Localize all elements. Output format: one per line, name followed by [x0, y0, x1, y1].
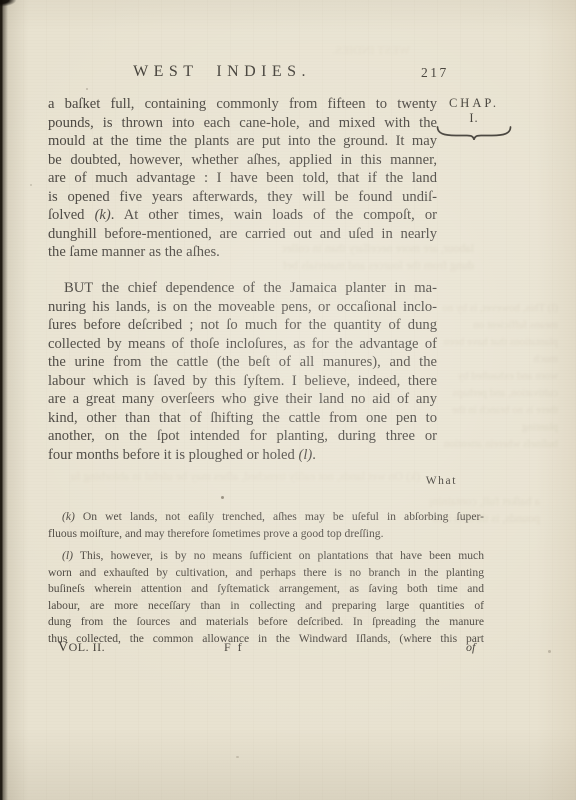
bleedthrough-ghost: WEST INDIES. [250, 42, 410, 58]
page-catchword: What [426, 475, 457, 487]
text-line: fluous moiſture, and may therefore ſomet… [48, 526, 484, 543]
text-line: ſolved (k). At other times, wain loads o… [48, 206, 437, 225]
text-line: ſures before deſcribed ; not ſo much for… [48, 316, 437, 335]
text-line: dunghill before-mentioned, are carried o… [48, 225, 437, 244]
paragraph: a baſket full, containing commonly from … [48, 95, 437, 262]
text-line: labour, are more neceſſary than in colle… [48, 598, 484, 615]
catchword-row: What [48, 471, 457, 489]
chapter-label: CHAP. [434, 96, 514, 111]
volume-label: VOL. II. [58, 640, 105, 656]
paragraph: BUT the chief dependence of the Jamaica … [48, 279, 437, 464]
text-line: (k) On wet lands, not eaſily trenched, a… [48, 509, 484, 526]
text-line: BUT the chief dependence of the Jamaica … [48, 279, 437, 298]
text-line: mould at the time the plants are put int… [48, 132, 437, 151]
footnote-l: (l) This, however, is by no means ſuffic… [48, 548, 484, 647]
text-line: worn and exhauſted by cultivation, and p… [48, 565, 484, 582]
text-line: another, on the ſpot intended for planti… [48, 427, 437, 446]
paper-speck [548, 650, 551, 653]
paper-speck [236, 756, 239, 758]
footer-catchword: of [466, 640, 475, 655]
book-page-scan: labour, are more neceſſary than in colle… [0, 0, 576, 800]
text-line: thus collected, the common allowance in … [48, 631, 484, 648]
text-line: dung from the ſources and materials befo… [48, 614, 484, 631]
running-title: WEST INDIES. [30, 63, 414, 81]
text-line: buſineſs wherein attention and ſyſtemati… [48, 581, 484, 598]
text-line: are a great many overſeers who give thei… [48, 390, 437, 409]
paper-speck [221, 496, 224, 499]
text-line: nuring his lands, is on the moveable pen… [48, 298, 437, 317]
printer-signature: F f [224, 640, 244, 655]
paper-speck [30, 184, 32, 186]
text-line: the urine from the cattle (the beſt of a… [48, 353, 437, 372]
text-line: be doubted, however, whether aſhes, appl… [48, 151, 437, 170]
text-line: collected by means of thoſe incloſures, … [48, 335, 437, 354]
bleedthrough-ghost: (l) This, however, is by no means ſuffic… [438, 300, 558, 450]
paper-speck [86, 88, 88, 90]
chapter-brace-ornament [435, 126, 513, 140]
text-line: the ſame manner as the aſhes. [48, 243, 437, 262]
text-line: is opened five years afterwards, they wi… [48, 188, 437, 207]
text-line: labour which is ſaved by this ſyſtem. I … [48, 372, 437, 391]
scan-left-edge [0, 0, 8, 800]
text-line: kind, other than that of ſhifting the ca… [48, 409, 437, 428]
text-line: a baſket full, containing commonly from … [48, 95, 437, 114]
text-line: are of much advantage : I have been told… [48, 169, 437, 188]
footnote-k: (k) On wet lands, not eaſily trenched, a… [48, 509, 484, 542]
text-line: pounds, is thrown into each cane-hole, a… [48, 114, 437, 133]
scan-corner-shadow [0, 0, 22, 9]
text-line: (l) This, however, is by no means ſuffic… [48, 548, 484, 565]
chapter-number: I. [434, 111, 514, 125]
page-number: 217 [421, 65, 449, 81]
chapter-margin-note: CHAP. I. [434, 96, 514, 140]
text-line: four months before it is ploughed or hol… [48, 446, 437, 465]
